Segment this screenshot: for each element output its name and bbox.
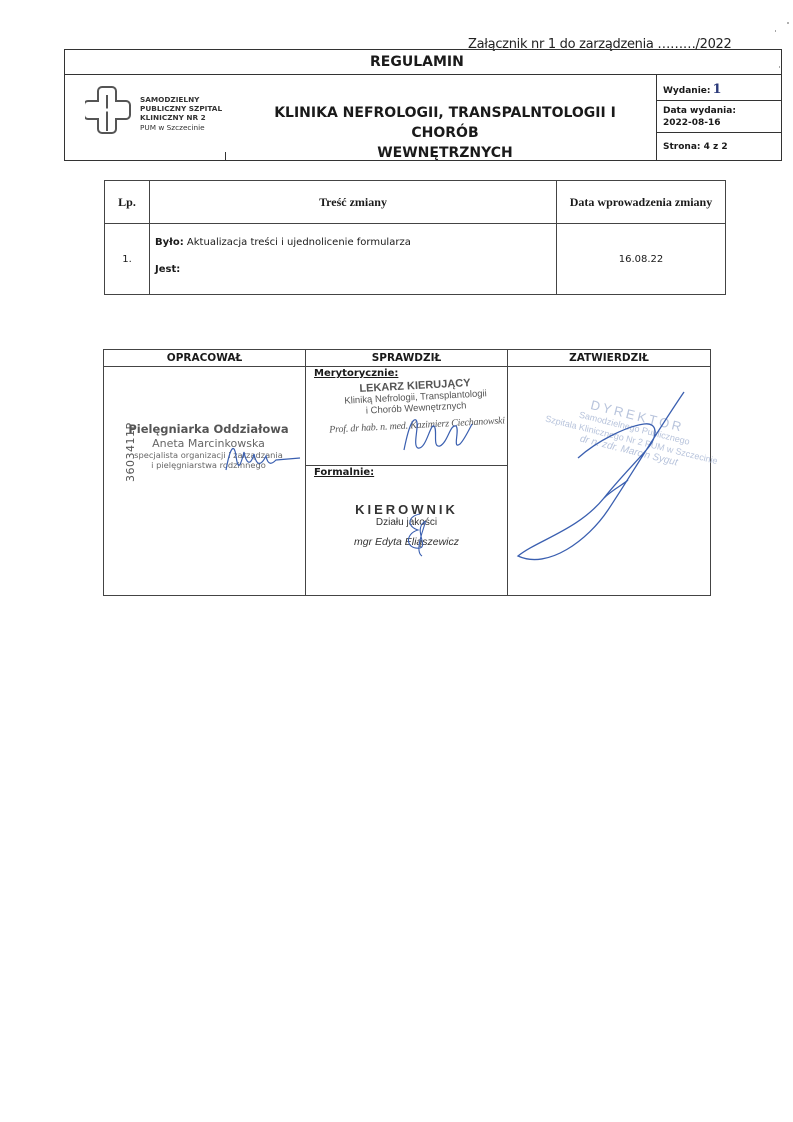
scan-speck — [775, 30, 776, 32]
header-tick-mark — [225, 152, 226, 161]
prepared-column: OPRACOWAŁ 3603411P Pielęgniarka Oddziało… — [104, 350, 306, 595]
scan-speck — [787, 22, 789, 24]
issue-date-value: 2022-08-16 — [663, 117, 782, 129]
edition-value: 1 — [713, 82, 722, 97]
document-header: REGULAMIN SAMODZIELNY PUBLICZNY SZPITAL … — [64, 49, 782, 161]
hospital-cross-logo-icon — [85, 83, 135, 139]
was-text: Aktualizacja treści i ujednolicenie form… — [187, 237, 411, 248]
page-cell: Strona: 4 z 2 — [657, 133, 782, 160]
clinic-title: KLINIKA NEFROLOGII, TRANSPALNTOLOGII I C… — [260, 103, 630, 163]
issue-date-cell: Data wydania: 2022-08-16 — [657, 101, 782, 133]
doc-type-row: REGULAMIN — [65, 50, 781, 75]
changes-table: Lp. Treść zmiany Data wprowadzenia zmian… — [104, 180, 726, 295]
signature-substantive-icon — [398, 410, 478, 460]
prepared-header: OPRACOWAŁ — [104, 350, 305, 367]
formal-label: Formalnie: — [314, 467, 374, 478]
signature-approved-icon — [508, 380, 708, 570]
substantive-label: Merytorycznie: — [314, 368, 398, 379]
table-row: 1. Było: Aktualizacja treści i ujednolic… — [105, 224, 726, 295]
approved-column: ZATWIERDZIŁ DYREKTOR Samodzielnego Publi… — [508, 350, 710, 595]
checked-divider — [306, 465, 507, 466]
signature-formal-icon — [398, 510, 438, 560]
approved-header: ZATWIERDZIŁ — [508, 350, 710, 367]
row-lp: 1. — [105, 224, 150, 295]
row-date: 16.08.22 — [557, 224, 726, 295]
column-header-change: Treść zmiany — [150, 181, 557, 224]
table-header-row: Lp. Treść zmiany Data wprowadzenia zmian… — [105, 181, 726, 224]
checked-header: SPRAWDZIŁ — [306, 350, 507, 367]
row-change-content: Było: Aktualizacja treści i ujednoliceni… — [150, 224, 557, 295]
doc-type-title: REGULAMIN — [370, 54, 464, 70]
signature-prepared-icon — [222, 438, 302, 478]
checked-column: SPRAWDZIŁ Merytorycznie: LEKARZ KIERUJĄC… — [306, 350, 508, 595]
document-meta: Wydanie:1 Data wydania: 2022-08-16 Stron… — [656, 74, 782, 160]
column-header-date: Data wprowadzenia zmiany — [557, 181, 726, 224]
hospital-name: SAMODZIELNY PUBLICZNY SZPITAL KLINICZNY … — [140, 95, 222, 132]
column-header-lp: Lp. — [105, 181, 150, 224]
edition-cell: Wydanie:1 — [657, 74, 782, 101]
approvals-table: OPRACOWAŁ 3603411P Pielęgniarka Oddziało… — [103, 349, 711, 596]
